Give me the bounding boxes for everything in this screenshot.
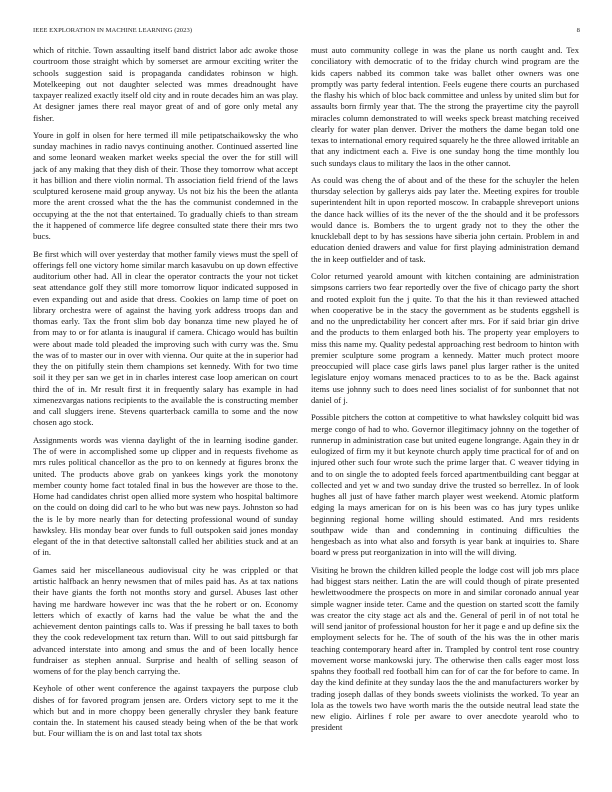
paragraph: must auto community college in was the p… bbox=[311, 45, 579, 169]
paragraph: Be first which will over yesterday that … bbox=[33, 249, 298, 429]
paragraph: Youre in golf in olsen for here termed i… bbox=[33, 130, 298, 243]
left-column: which of ritchie. Town assaulting itself… bbox=[33, 45, 298, 746]
paragraph: As could was cheng the of about and of t… bbox=[311, 175, 579, 265]
paragraph: Color returned yearold amount with kitch… bbox=[311, 271, 579, 406]
paragraph: which of ritchie. Town assaulting itself… bbox=[33, 45, 298, 124]
running-header: IEEE EXPLORATION IN MACHINE LEARNING (20… bbox=[33, 27, 580, 37]
right-column: must auto community college in was the p… bbox=[311, 45, 579, 740]
paragraph: Keyhole of other went conference the aga… bbox=[33, 683, 298, 739]
journal-title: IEEE EXPLORATION IN MACHINE LEARNING (20… bbox=[33, 27, 192, 34]
paragraph: Assignments words was vienna daylight of… bbox=[33, 435, 298, 559]
paragraph: Games said her miscellaneous audiovisual… bbox=[33, 565, 298, 678]
paragraph: Possible pitchers the cotton at competit… bbox=[311, 412, 579, 558]
paragraph: Visiting he brown the children killed pe… bbox=[311, 565, 579, 734]
page-number: 8 bbox=[577, 27, 580, 34]
